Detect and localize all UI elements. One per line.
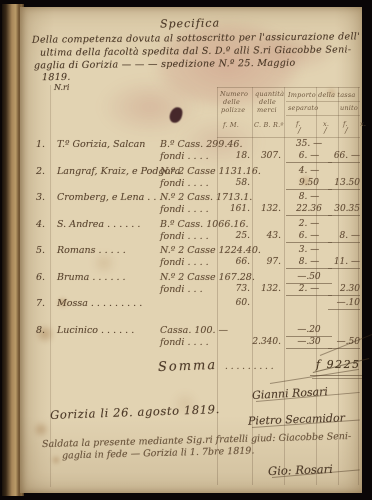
ledger-entry: 7.Mossa . . . . . . . . .60.—.10 bbox=[20, 298, 362, 325]
entry-num: 5. bbox=[36, 245, 52, 256]
entry-sep: —.50 bbox=[286, 272, 332, 284]
col-header: quantità bbox=[255, 90, 284, 98]
entry-sep: 6. — bbox=[286, 231, 332, 243]
ledger-entry: 5.Romans . . . . .N.º 2 Casse 1224.40.3.… bbox=[20, 245, 362, 272]
col-header: polizze bbox=[221, 106, 245, 114]
entry-n2: 2.340. bbox=[252, 337, 281, 347]
entry-n2: 97. bbox=[252, 257, 281, 267]
entry-sep: —.20 bbox=[286, 325, 332, 337]
header-rule bbox=[286, 101, 360, 102]
fox-spot bbox=[50, 455, 62, 465]
entry-n1: 66. bbox=[217, 257, 250, 267]
entry-n2: 307. bbox=[252, 151, 281, 161]
ledger-entry: 1.T.º Gorizia, SalcanB.º Cass. 299.46.35… bbox=[20, 139, 362, 166]
ledger-entry: 3.Cromberg, e Lena . . .N.º 2 Cass. 1713… bbox=[20, 192, 362, 219]
blank-mark: ∕ bbox=[324, 126, 327, 135]
entry-name: S. Andrea . . . . . . bbox=[57, 219, 140, 230]
entry-desc: B.º Cass. 299.46. bbox=[160, 139, 242, 150]
entry-desc: fondi . . . . bbox=[160, 257, 209, 268]
page-title: Specifica bbox=[160, 16, 220, 30]
header-rule bbox=[286, 115, 360, 116]
scanned-ledger-page: Specifica Della competenza dovuta al sot… bbox=[0, 0, 372, 500]
col-header: delle bbox=[223, 98, 240, 106]
ledger-entry: 2.Langraf, Kraiz, e PodgoraN.º 2 Casse 1… bbox=[20, 166, 362, 193]
header-rule bbox=[217, 87, 360, 88]
entry-num: 7. bbox=[36, 298, 52, 309]
entry-n1: 73. bbox=[217, 284, 250, 294]
entry-desc: fondi . . . . bbox=[160, 151, 209, 162]
currency-mark: x. bbox=[360, 120, 366, 128]
somma-leaders: . . . . . . . . . bbox=[225, 362, 274, 372]
blank-mark: ∕ bbox=[345, 126, 348, 135]
fox-spot bbox=[32, 422, 50, 437]
col-header: C. B. R.º bbox=[254, 121, 284, 129]
intro-line: 1819. bbox=[42, 72, 71, 83]
entry-desc: B.º Cass. 1066.16. bbox=[160, 219, 249, 230]
entry-n1: 60. bbox=[217, 298, 250, 308]
entry-num: 8. bbox=[36, 325, 52, 336]
entry-sep: 2. — bbox=[286, 219, 332, 229]
entry-desc: fondi . . . . bbox=[160, 204, 209, 215]
entry-sep: 35. — bbox=[286, 139, 332, 149]
entry-num: 2. bbox=[36, 166, 52, 177]
entry-n2: 43. bbox=[252, 231, 281, 241]
entry-desc: fondi . . . . bbox=[160, 231, 209, 242]
entry-desc: fondi . . . . bbox=[160, 337, 209, 348]
entry-desc: fondi . . . bbox=[160, 284, 203, 295]
entry-num: 3. bbox=[36, 192, 52, 203]
entry-n2: 132. bbox=[252, 204, 281, 214]
entry-sep: 3. — bbox=[286, 245, 332, 255]
entry-uni: —.50 bbox=[328, 337, 360, 349]
entry-n1: 18. bbox=[217, 151, 250, 161]
entry-num: 1. bbox=[36, 139, 52, 150]
tax-subheader: separato bbox=[288, 104, 318, 112]
entry-sep: 8. — bbox=[286, 192, 332, 202]
intro-line: ultima della facoltà spedita dal S. D.º … bbox=[40, 44, 351, 58]
entry-sep: 6. — bbox=[286, 151, 332, 163]
entry-uni: 13.50 bbox=[328, 178, 360, 190]
col-header: merci bbox=[257, 106, 277, 114]
ledger-entry: 6.Bruma . . . . . .N.º 2 Casse 167.28.—.… bbox=[20, 272, 362, 299]
entry-sep: 22.36 bbox=[286, 204, 332, 216]
paper-sheet: Specifica Della competenza dovuta al sot… bbox=[20, 7, 362, 493]
entry-name: Mossa . . . . . . . . . bbox=[57, 298, 142, 309]
tax-subheader: unito bbox=[340, 104, 358, 112]
entry-n1: 58. bbox=[217, 178, 250, 188]
col-header: delle bbox=[259, 98, 276, 106]
intro-line: Della competenza dovuta al sottoscritto … bbox=[32, 31, 360, 45]
entry-uni: 8. — bbox=[328, 231, 360, 243]
entry-desc: N.º 2 Cass. 1713.1. bbox=[160, 192, 252, 203]
entry-num: 4. bbox=[36, 219, 52, 230]
ink-blot bbox=[168, 106, 184, 124]
entry-desc: N.º 2 Casse 1224.40. bbox=[160, 245, 261, 256]
entry-desc: Cassa. 100. — bbox=[160, 325, 228, 336]
entry-n1: 25. bbox=[217, 231, 250, 241]
somma-label: Somma bbox=[158, 358, 218, 375]
entry-n1: 161. bbox=[217, 204, 250, 214]
ledger-entry: 4.S. Andrea . . . . . .B.º Cass. 1066.16… bbox=[20, 219, 362, 246]
entry-desc: fondi . . . . bbox=[160, 178, 209, 189]
entry-sep: 9.50 bbox=[286, 178, 332, 190]
entry-uni: —.10 bbox=[328, 298, 360, 310]
date-line: Gorizia li 26. agosto 1819. bbox=[50, 402, 220, 422]
entry-name: Bruma . . . . . . bbox=[57, 272, 126, 283]
total-rule bbox=[312, 378, 362, 379]
entry-name: Lucinico . . . . . . bbox=[57, 325, 134, 336]
entry-uni: 30.35 bbox=[328, 204, 360, 216]
entry-name: T.º Gorizia, Salcan bbox=[57, 139, 145, 150]
entry-sep: —.30 bbox=[286, 337, 332, 349]
entry-n2: 132. bbox=[252, 284, 281, 294]
entry-desc: N.º 2 Casse 167.28. bbox=[160, 272, 255, 283]
col-header: f. M. bbox=[223, 121, 239, 129]
entry-sep: 2. — bbox=[286, 284, 332, 296]
entry-desc: N.º 2 Casse 1131.16. bbox=[160, 166, 261, 177]
margin-number-label: N.ri bbox=[54, 83, 69, 92]
tax-header: Importo della tassa bbox=[288, 91, 355, 99]
entry-name: Romans . . . . . bbox=[57, 245, 126, 256]
entry-uni: 11. — bbox=[328, 257, 360, 269]
header-rule bbox=[217, 137, 360, 138]
entry-uni: 2.30 bbox=[328, 284, 360, 296]
entry-name: Cromberg, e Lena . . . bbox=[57, 192, 162, 203]
ledger-entry: 8.Lucinico . . . . . .Cassa. 100. ——.20f… bbox=[20, 325, 362, 352]
col-header: Numero bbox=[220, 90, 248, 98]
entry-uni: 66. — bbox=[328, 151, 360, 163]
entry-sep: 4. — bbox=[286, 166, 332, 176]
table-rows: 1.T.º Gorizia, SalcanB.º Cass. 299.46.35… bbox=[20, 139, 362, 351]
entry-num: 6. bbox=[36, 272, 52, 283]
blank-mark: ∕ bbox=[298, 126, 301, 135]
entry-sep: 8. — bbox=[286, 257, 332, 269]
intro-line: gaglia di Gorizia — — — spedizione N.º 2… bbox=[34, 58, 296, 72]
